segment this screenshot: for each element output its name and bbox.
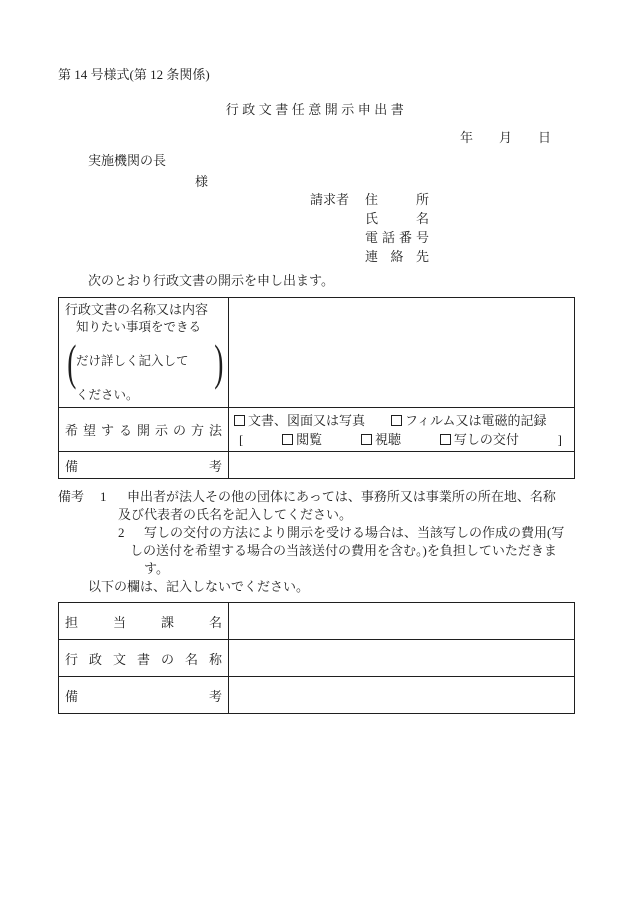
document-name-input-area[interactable]: [229, 298, 575, 408]
requester-label: 請求者: [310, 190, 349, 266]
requester-block: 請求者 住所 氏名 電話番号 連絡先: [58, 190, 575, 266]
intro-sentence: 次のとおり行政文書の開示を申し出ます。: [58, 272, 575, 289]
request-table: 行政文書の名称又は内容 ( 知りたい事項をできる だけ詳しく記入して ください。…: [58, 297, 575, 479]
bracket-open: [: [239, 430, 243, 449]
hint-line-3: ください。: [76, 388, 139, 402]
admin-document-name-label: 行政文書の名称: [59, 640, 229, 677]
document-name-label-cell: 行政文書の名称又は内容 ( 知りたい事項をできる だけ詳しく記入して ください。…: [59, 298, 229, 408]
note-2-line-3: す。: [58, 560, 575, 578]
requester-name-label: 氏名: [365, 209, 429, 228]
remarks-label: 備考: [59, 452, 229, 479]
option-viewing: 視聴: [361, 430, 401, 449]
note-2-line-2: しの送付を希望する場合の当該送付の費用を含む。)を負担していただきま: [58, 542, 575, 560]
option-inspection: 閲覧: [282, 430, 322, 449]
honorific-label: 様: [58, 173, 575, 190]
remarks-input-area[interactable]: [229, 452, 575, 479]
note-1-line-1: 申出者が法人その他の団体にあっては、事務所又は事業所の所在地、名称: [127, 489, 556, 504]
disclosure-method-label: 希望する開示の方法: [59, 408, 229, 452]
note-1-line-2: 及び代表者の氏名を記入してください。: [58, 506, 575, 524]
checkbox-copy-icon[interactable]: [440, 434, 451, 445]
checkbox-viewing-icon[interactable]: [361, 434, 372, 445]
right-paren-icon: ): [214, 337, 220, 387]
hint-line-2: だけ詳しく記入して: [76, 354, 189, 368]
form-number: 第 14 号様式(第 12 条関係): [58, 66, 575, 83]
option-film: フィルム又は電磁的記録: [391, 411, 546, 430]
admin-document-name-field[interactable]: [229, 640, 575, 677]
form-page: 第 14 号様式(第 12 条関係) 行政文書任意開示申出書 年 月 日 実施機…: [0, 0, 630, 915]
note-2-number: 2: [118, 524, 144, 542]
section-name-label: 担当課名: [59, 603, 229, 640]
office-use-instruction: 以下の欄は、記入しないでください。: [58, 578, 575, 596]
requester-phone-label: 電話番号: [365, 228, 429, 247]
hint-line-1: 知りたい事項をできる: [76, 320, 201, 334]
document-name-hint: ( 知りたい事項をできる だけ詳しく記入して ください。 ): [65, 319, 222, 404]
date-line: 年 月 日: [58, 129, 575, 146]
requester-address-label: 住所: [365, 190, 429, 209]
checkbox-inspection-icon[interactable]: [282, 434, 293, 445]
document-name-label: 行政文書の名称又は内容: [65, 301, 222, 318]
notes-section: 備考1申出者が法人その他の団体にあっては、事務所又は事業所の所在地、名称 及び代…: [58, 488, 575, 596]
requester-contact-label: 連絡先: [365, 247, 429, 266]
disclosure-method-options: 文書、図面又は写真 フィルム又は電磁的記録 [ 閲覧 視聴 写しの交付 ]: [229, 408, 575, 452]
left-paren-icon: (: [67, 337, 73, 387]
note-2-line-1: 写しの交付の方法により開示を受ける場合は、当該写しの作成の費用(写: [144, 524, 564, 542]
note-1-number: 1: [100, 488, 127, 506]
office-use-table: 担当課名 行政文書の名称 備考: [58, 602, 575, 714]
office-remarks-field[interactable]: [229, 677, 575, 714]
section-name-field[interactable]: [229, 603, 575, 640]
addressee-label: 実施機関の長: [58, 152, 575, 169]
option-documents: 文書、図面又は写真: [234, 411, 365, 430]
checkbox-film-icon[interactable]: [391, 415, 402, 426]
page-title: 行政文書任意開示申出書: [58, 101, 575, 118]
bracket-close: ]: [558, 430, 562, 449]
checkbox-documents-icon[interactable]: [234, 415, 245, 426]
notes-heading: 備考: [58, 488, 100, 506]
option-copy: 写しの交付: [440, 430, 519, 449]
office-remarks-label: 備考: [59, 677, 229, 714]
